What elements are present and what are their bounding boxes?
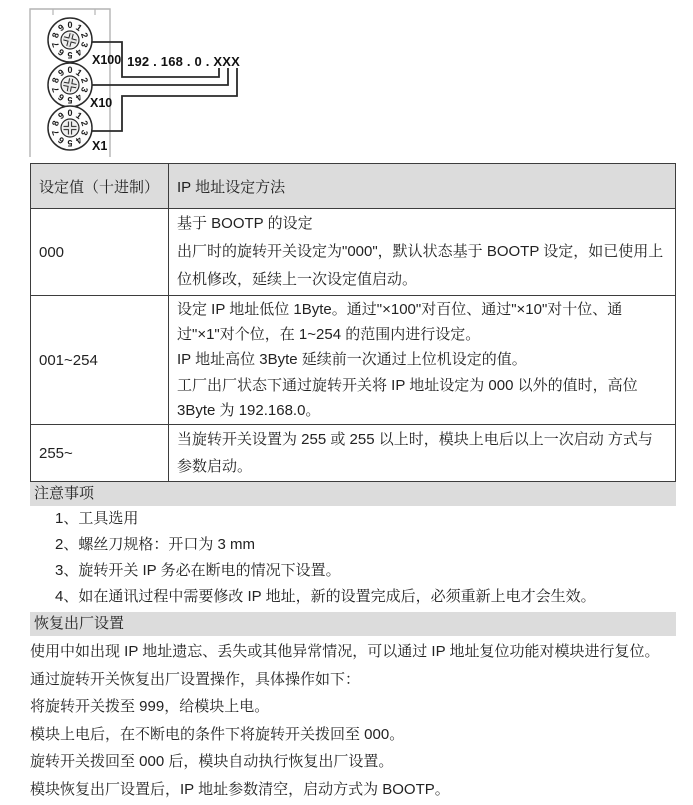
method-cell: 设定 IP 地址低位 1Byte。通过"×100"对百位、通过"×10"对十位、… xyxy=(169,296,676,425)
instruction-line: 旋转开关拨回至 000 后，模块自动执行恢复出厂设置。 xyxy=(30,748,690,776)
rotary-switch-diagram: 192 . 168 . 0 . XXX0123456789X1000123456… xyxy=(0,0,693,160)
method-cell: 基于 BOOTP 的设定 出厂时的旋转开关设定为"000"，默认状态基于 BOO… xyxy=(169,209,676,296)
rotary-switch-icon: 0123456789 xyxy=(48,106,92,150)
table-row: 001~254 设定 IP 地址低位 1Byte。通过"×100"对百位、通过"… xyxy=(31,296,676,425)
col-header-method: IP 地址设定方法 xyxy=(169,164,676,209)
setting-value-cell: 000 xyxy=(31,209,169,296)
svg-text:5: 5 xyxy=(67,50,72,60)
instruction-line: 模块上电后，在不断电的条件下将旋转开关拨回至 000。 xyxy=(30,721,690,749)
ip-setting-table: 设定值（十进制） IP 地址设定方法 000 基于 BOOTP 的设定 出厂时的… xyxy=(30,163,676,482)
col-header-setting-value: 设定值（十进制） xyxy=(31,164,169,209)
switch-label: X1 xyxy=(92,139,107,153)
factory-reset-instructions: 使用中如出现 IP 地址遗忘、丢失或其他异常情况，可以通过 IP 地址复位功能对… xyxy=(30,638,690,803)
note-item: 3、旋转开关 IP 务必在断电的情况下设置。 xyxy=(30,558,676,584)
instruction-line: 模块恢复出厂设置后，IP 地址参数清空，启动方式为 BOOTP。 xyxy=(30,776,690,804)
factory-reset-section-header: 恢复出厂设置 xyxy=(30,612,676,636)
method-cell: 当旋转开关设置为 255 或 255 以上时，模块上电后以上一次启动 方式与参数… xyxy=(169,425,676,482)
instruction-line: 通过旋转开关恢复出厂设置操作，具体操作如下： xyxy=(30,666,690,694)
notes-list: 1、工具选用 2、螺丝刀规格：开口为 3 mm 3、旋转开关 IP 务必在断电的… xyxy=(30,506,676,610)
switch-label: X100 xyxy=(92,53,121,67)
ip-address-label: 192 . 168 . 0 . XXX xyxy=(127,54,240,69)
instruction-line: 将旋转开关拨至 999，给模块上电。 xyxy=(30,693,690,721)
setting-value-cell: 255~ xyxy=(31,425,169,482)
rotary-switch-icon: 0123456789 xyxy=(48,18,92,62)
note-item: 2、螺丝刀规格：开口为 3 mm xyxy=(30,532,676,558)
document-page: { "diagram": { "ip_label": "192 . 168 . … xyxy=(0,0,693,805)
svg-text:0: 0 xyxy=(67,65,72,75)
svg-text:5: 5 xyxy=(67,138,72,148)
notes-section-header: 注意事项 xyxy=(30,482,676,506)
svg-text:0: 0 xyxy=(67,20,72,30)
svg-text:0: 0 xyxy=(67,108,72,118)
table-row: 000 基于 BOOTP 的设定 出厂时的旋转开关设定为"000"，默认状态基于… xyxy=(31,209,676,296)
instruction-line: 使用中如出现 IP 地址遗忘、丢失或其他异常情况，可以通过 IP 地址复位功能对… xyxy=(30,638,690,666)
setting-value-cell: 001~254 xyxy=(31,296,169,425)
rotary-switch-icon: 0123456789 xyxy=(48,63,92,107)
panel-tick-marks xyxy=(53,9,95,15)
svg-text:5: 5 xyxy=(67,95,72,105)
switch-label: X10 xyxy=(90,96,112,110)
table-row: 255~ 当旋转开关设置为 255 或 255 以上时，模块上电后以上一次启动 … xyxy=(31,425,676,482)
table-header-row: 设定值（十进制） IP 地址设定方法 xyxy=(31,164,676,209)
rotary-switch-diagram-svg: 192 . 168 . 0 . XXX0123456789X1000123456… xyxy=(0,0,693,160)
note-item: 4、如在通讯过程中需要修改 IP 地址，新的设置完成后，必须重新上电才会生效。 xyxy=(30,584,676,610)
note-item: 1、工具选用 xyxy=(30,506,676,532)
